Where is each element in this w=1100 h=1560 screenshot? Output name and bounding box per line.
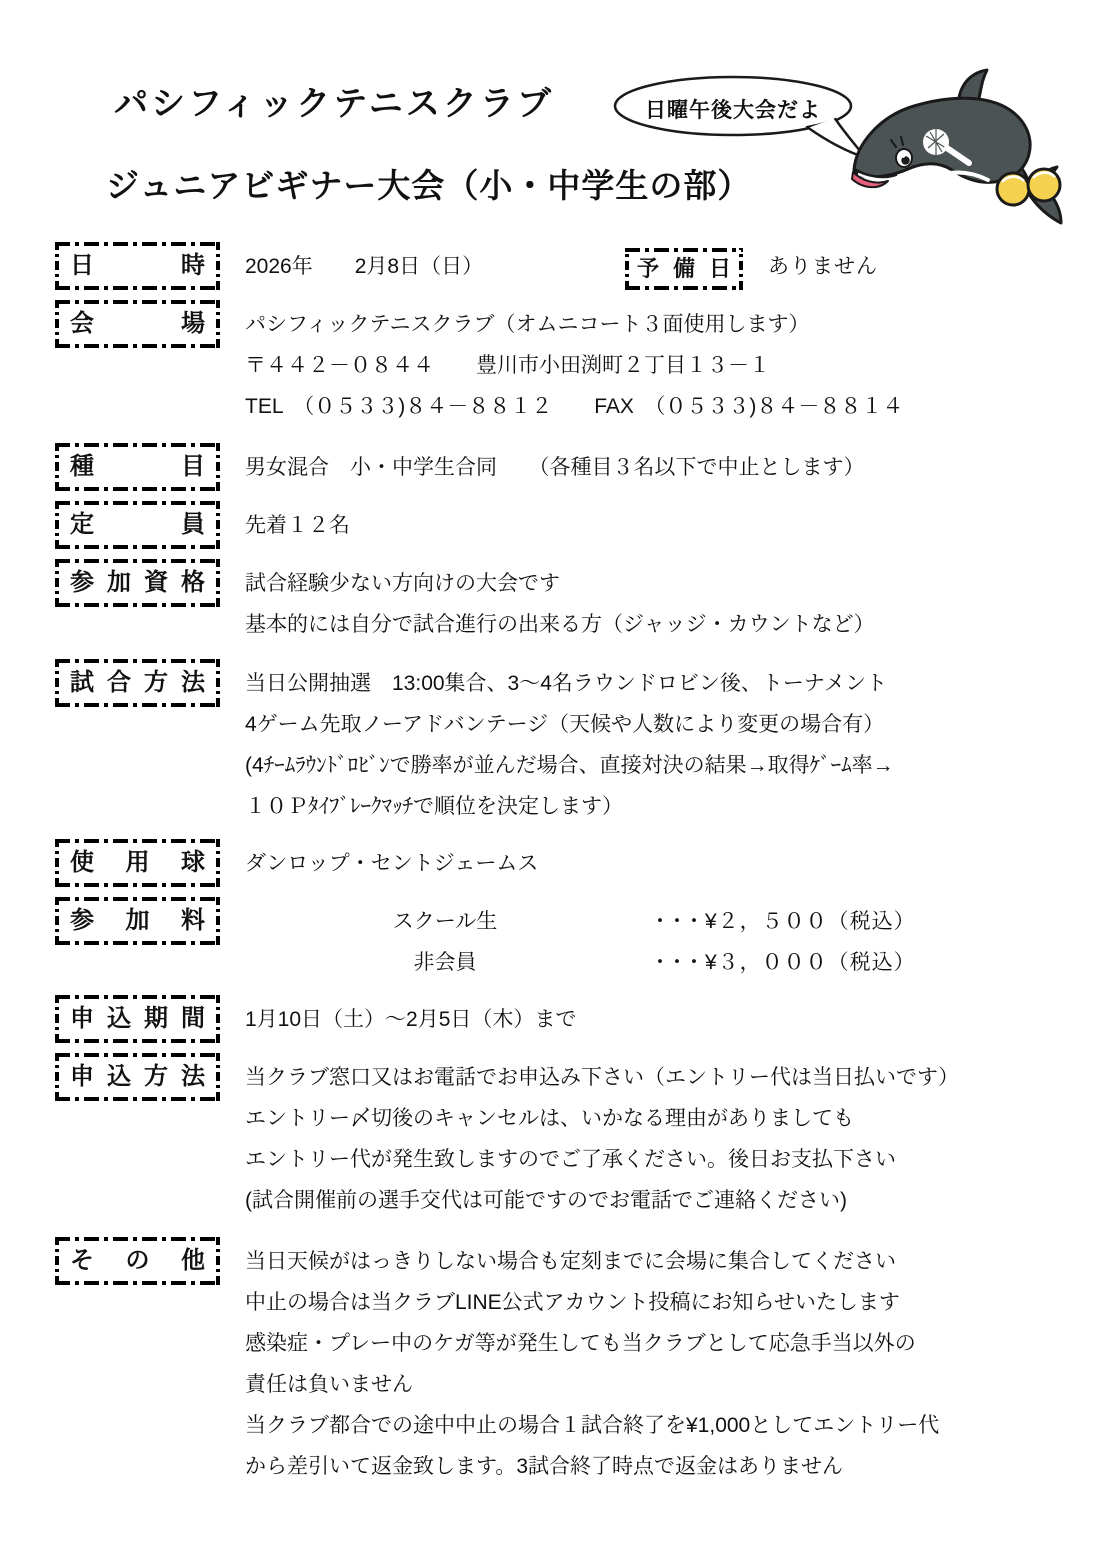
section-label-other: その他 xyxy=(55,1237,220,1285)
section-label-eligibility: 参加資格 xyxy=(55,559,220,607)
match-format-line: (4ﾁｰﾑﾗｳﾝﾄﾞﾛﾋﾞﾝで勝率が並んだ場合、直接対決の結果→取得ｹﾞｰﾑ率→ xyxy=(245,745,1045,786)
section-match-format: 試合方法 当日公開抽選 13:00集合、3～4名ラウンドロビン後、トーナメント … xyxy=(55,659,1045,827)
section-label-entry-period: 申込期間 xyxy=(55,995,220,1043)
section-label-fee: 参加料 xyxy=(55,897,220,945)
tennis-ball-icon xyxy=(1028,169,1060,201)
section-label-date: 日時 xyxy=(55,242,220,290)
match-format-line: 4ゲーム先取ノーアドバンテージ（天候や人数により変更の場合有） xyxy=(245,704,1045,745)
other-line: 中止の場合は当クラブLINE公式アカウント投稿にお知らせいたします xyxy=(245,1282,1045,1323)
tennis-ball-icon xyxy=(997,173,1029,205)
ball-value: ダンロップ・セントジェームス xyxy=(245,843,1045,884)
section-eligibility: 参加資格 試合経験少ない方向けの大会です 基本的には自分で試合進行の出来る方（ジ… xyxy=(55,559,1045,645)
section-label-match-format: 試合方法 xyxy=(55,659,220,707)
date-value: 2026年 2月8日（日） xyxy=(245,246,625,287)
eligibility-line: 基本的には自分で試合進行の出来る方（ジャッジ・カウントなど） xyxy=(245,604,1045,645)
eligibility-line: 試合経験少ない方向けの大会です xyxy=(245,563,1045,604)
fee-row: 非会員 ・・・ ¥３，０００（税込） xyxy=(245,942,1045,983)
dolphin-mascot-illustration xyxy=(838,68,1090,236)
header: パシフィックテニスクラブ ジュニアビギナー大会（小・中学生の部） 日曜午後大会だ… xyxy=(0,0,1100,242)
speech-bubble: 日曜午後大会だよ xyxy=(610,74,872,166)
section-entry-method: 申込方法 当クラブ窓口又はお電話でお申込み下さい（エントリー代は当日払いです） … xyxy=(55,1053,1045,1221)
reserve-day-label: 予備日 xyxy=(625,248,743,290)
other-line: 当クラブ都合での途中中止の場合１試合終了を¥1,000としてエントリー代 xyxy=(245,1405,1045,1446)
fee-price: ¥２，５００（税込） xyxy=(705,901,916,942)
entry-method-line: エントリー〆切後のキャンセルは、いかなる理由がありましても xyxy=(245,1098,1045,1139)
section-label-venue: 会場 xyxy=(55,300,220,348)
tournament-title: ジュニアビギナー大会（小・中学生の部） xyxy=(106,160,751,207)
fee-price: ¥３，０００（税込） xyxy=(705,942,916,983)
fee-item-name: スクール生 xyxy=(245,901,645,942)
venue-phone: TEL （０５３３)８４－８８１２ FAX （０５３３)８４－８８１４ xyxy=(245,386,1045,427)
entry-method-line: 当クラブ窓口又はお電話でお申込み下さい（エントリー代は当日払いです） xyxy=(245,1057,1045,1098)
fee-item-name: 非会員 xyxy=(245,942,645,983)
reserve-day-value: ありません xyxy=(768,246,878,287)
fee-row: スクール生 ・・・ ¥２，５００（税込） xyxy=(245,901,1045,942)
dolphin-icon xyxy=(838,68,1090,236)
section-capacity: 定員 先着１２名 xyxy=(55,501,1045,549)
section-label-entry-method: 申込方法 xyxy=(55,1053,220,1101)
speech-bubble-text: 日曜午後大会だよ xyxy=(624,94,842,124)
entry-period-value: 1月10日（土）～2月5日（木）まで xyxy=(245,999,1045,1040)
flyer-page: パシフィックテニスクラブ ジュニアビギナー大会（小・中学生の部） 日曜午後大会だ… xyxy=(0,0,1100,1560)
other-line: 責任は負いません xyxy=(245,1364,1045,1405)
other-line: から差引いて返金致します。3試合終了時点で返金はありません xyxy=(245,1446,1045,1487)
entry-method-line: エントリー代が発生致しますのでご了承ください。後日お支払下さい xyxy=(245,1139,1045,1180)
section-label-capacity: 定員 xyxy=(55,501,220,549)
section-ball: 使用球 ダンロップ・セントジェームス xyxy=(55,839,1045,887)
section-label-ball: 使用球 xyxy=(55,839,220,887)
sections: 日時 2026年 2月8日（日） 予備日 ありません 会場 パシフィックテニスク… xyxy=(0,242,1100,1487)
events-value: 男女混合 小・中学生合同 （各種目３名以下で中止とします） xyxy=(245,447,1045,488)
section-other: その他 当日天候がはっきりしない場合も定刻までに会場に集合してください 中止の場… xyxy=(55,1237,1045,1487)
fee-dots: ・・・ xyxy=(645,942,705,983)
section-fee: 参加料 スクール生 ・・・ ¥２，５００（税込） 非会員 ・・・ ¥３，０００（… xyxy=(55,897,1045,983)
section-venue: 会場 パシフィックテニスクラブ（オムニコート３面使用します） 〒４４２－０８４４… xyxy=(55,300,1045,427)
fee-dots: ・・・ xyxy=(645,901,705,942)
other-line: 当日天候がはっきりしない場合も定刻までに会場に集合してください xyxy=(245,1241,1045,1282)
section-label-events: 種目 xyxy=(55,443,220,491)
other-line: 感染症・プレー中のケガ等が発生しても当クラブとして応急手当以外の xyxy=(245,1323,1045,1364)
match-format-line: 当日公開抽選 13:00集合、3～4名ラウンドロビン後、トーナメント xyxy=(245,663,1045,704)
capacity-value: 先着１２名 xyxy=(245,505,1045,546)
club-title: パシフィックテニスクラブ xyxy=(114,76,554,125)
entry-method-line: (試合開催前の選手交代は可能ですのでお電話でご連絡ください) xyxy=(245,1180,1045,1221)
match-format-line: １０Ｐﾀｲﾌﾞﾚｰｸﾏｯﾁで順位を決定します） xyxy=(245,786,1045,827)
section-date: 日時 2026年 2月8日（日） 予備日 ありません xyxy=(55,242,1045,290)
venue-name: パシフィックテニスクラブ（オムニコート３面使用します） xyxy=(245,304,1045,345)
venue-address: 〒４４２－０８４４ 豊川市小田渕町２丁目１３－１ xyxy=(245,345,1045,386)
section-events: 種目 男女混合 小・中学生合同 （各種目３名以下で中止とします） xyxy=(55,443,1045,491)
section-entry-period: 申込期間 1月10日（土）～2月5日（木）まで xyxy=(55,995,1045,1043)
